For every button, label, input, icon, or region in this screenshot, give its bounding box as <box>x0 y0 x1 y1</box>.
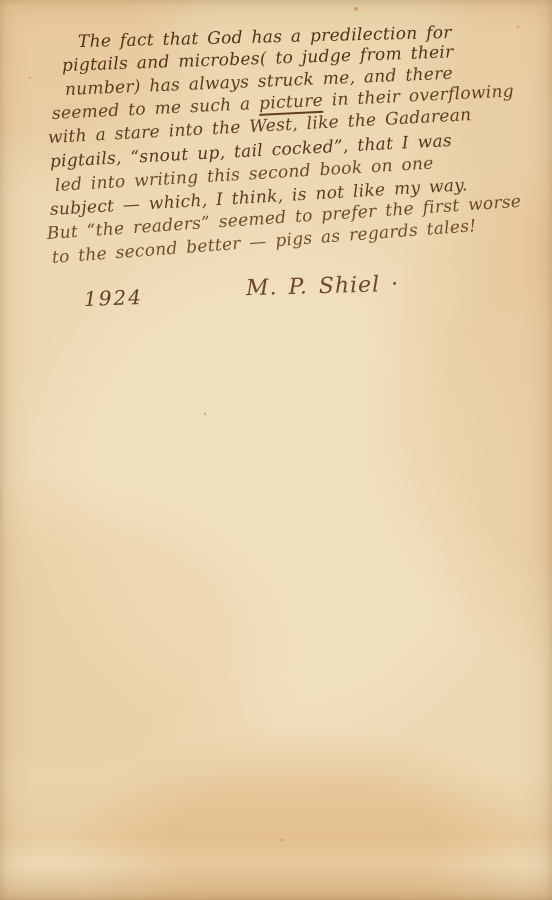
book-page: The fact that God has a predilection for… <box>0 0 552 900</box>
handwritten-inscription: The fact that God has a predilection for… <box>46 31 516 333</box>
author-signature: M. P. Shiel · <box>246 273 400 300</box>
inscription-year: 1924 <box>84 286 144 311</box>
signature-row: 1924 M. P. Shiel · <box>46 273 516 333</box>
